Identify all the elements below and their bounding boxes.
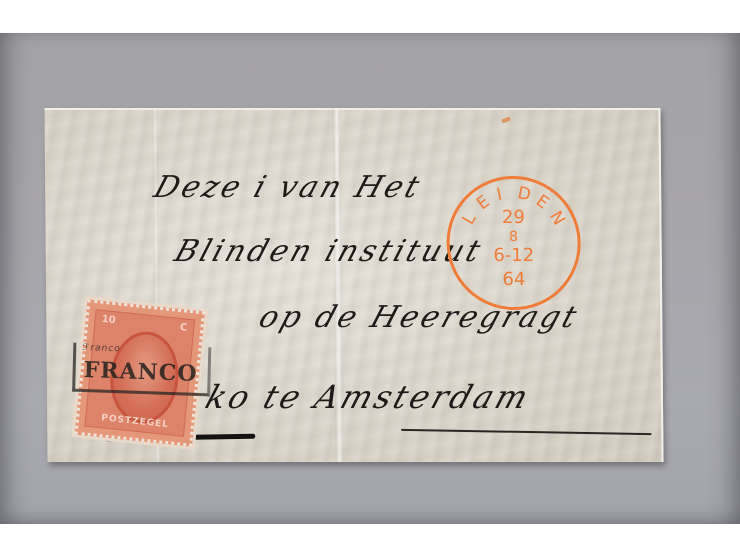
cover-top-edge [44,108,660,110]
postmark-year: 64 [450,269,578,290]
franco-cancel: ℱranco FRANCO [72,343,211,397]
postmark-time: 6-12 [450,245,578,266]
postmark-city-letter: D [516,183,533,205]
leiden-postmark: LEIDEN 29 8 6-12 64 [446,176,581,310]
stamp-value: 10 [101,314,116,326]
letter-cover: Deze i van Het Blinden instituut op de H… [44,108,663,462]
franco-cancel-text: FRANCO [83,357,197,387]
photograph: Deze i van Het Blinden instituut op de H… [0,33,740,524]
postmark-month: 8 [450,229,578,245]
address-underline [401,429,651,435]
cover-right-edge [658,108,663,462]
stamp-currency: C [179,322,187,334]
address-line-1: Deze i van Het [150,170,427,205]
franco-cancel-top-text: ℱranco [82,343,121,354]
address-line-2: Blinden instituut [170,234,487,269]
postmark-day: 29 [449,207,577,228]
address-line-4: ko te Amsterdam [201,378,536,416]
postmark-city-letter: I [495,185,504,206]
ink-fleck [501,117,511,124]
